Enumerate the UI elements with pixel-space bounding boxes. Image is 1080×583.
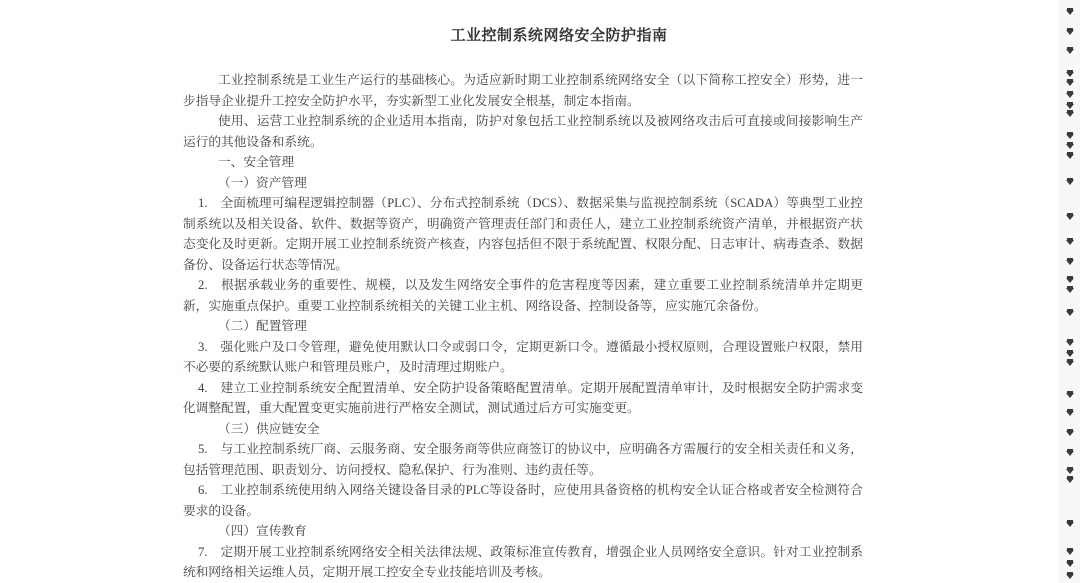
collapse-arrow-icon[interactable]	[1066, 359, 1074, 367]
collapse-arrow-icon[interactable]	[1066, 572, 1074, 580]
collapse-arrow-icon[interactable]	[1066, 276, 1074, 284]
section-heading: （一）资产管理	[183, 173, 863, 194]
section-heading: （四）宣传教育	[183, 521, 863, 542]
document-paragraph: 工业控制系统是工业生产运行的基础核心。为适应新时期工业控制系统网络安全（以下简称…	[183, 70, 863, 111]
collapse-arrow-icon[interactable]	[1066, 102, 1074, 110]
collapse-arrow-icon[interactable]	[1066, 178, 1074, 186]
collapse-arrow-icon[interactable]	[1066, 449, 1074, 457]
collapse-arrow-icon[interactable]	[1066, 8, 1074, 16]
collapse-arrow-icon[interactable]	[1066, 213, 1074, 221]
document-paragraph: 1. 全面梳理可编程逻辑控制器（PLC）、分布式控制系统（DCS）、数据采集与监…	[183, 193, 863, 275]
collapse-arrow-icon[interactable]	[1066, 520, 1074, 528]
document-paragraph: 7. 定期开展工业控制系统网络安全相关法律法规、政策标准宣传教育，增强企业人员网…	[183, 542, 863, 583]
collapse-arrow-icon[interactable]	[1066, 429, 1074, 437]
section-heading: （二）配置管理	[183, 316, 863, 337]
document-paragraph: 3. 强化账户及口令管理，避免使用默认口令或弱口令，定期更新口令。遵循最小授权原…	[183, 337, 863, 378]
section-heading: （三）供应链安全	[183, 419, 863, 440]
collapse-arrow-icon[interactable]	[1066, 238, 1074, 246]
marker-rail	[1058, 0, 1080, 583]
collapse-arrow-icon[interactable]	[1066, 152, 1074, 160]
collapse-arrow-icon[interactable]	[1066, 350, 1074, 358]
collapse-arrow-icon[interactable]	[1066, 70, 1074, 78]
document-paragraph: 使用、运营工业控制系统的企业适用本指南，防护对象包括工业控制系统以及被网络攻击后…	[183, 111, 863, 152]
collapse-arrow-icon[interactable]	[1066, 467, 1074, 475]
collapse-arrow-icon[interactable]	[1066, 258, 1074, 266]
document-paragraph: 4. 建立工业控制系统安全配置清单、安全防护设备策略配置清单。定期开展配置清单审…	[183, 378, 863, 419]
collapse-arrow-icon[interactable]	[1066, 476, 1074, 484]
collapse-arrow-icon[interactable]	[1066, 28, 1074, 36]
collapse-arrow-icon[interactable]	[1066, 47, 1074, 55]
collapse-arrow-icon[interactable]	[1066, 560, 1074, 568]
document-paragraph: 5. 与工业控制系统厂商、云服务商、安全服务商等供应商签订的协议中，应明确各方需…	[183, 439, 863, 480]
collapse-arrow-icon[interactable]	[1066, 91, 1074, 99]
collapse-arrow-icon[interactable]	[1066, 548, 1074, 556]
collapse-arrow-icon[interactable]	[1066, 79, 1074, 87]
collapse-arrow-icon[interactable]	[1066, 132, 1074, 140]
collapse-arrow-icon[interactable]	[1066, 110, 1074, 118]
collapse-arrow-icon[interactable]	[1066, 309, 1074, 317]
collapse-arrow-icon[interactable]	[1066, 142, 1074, 150]
document-body: 工业控制系统是工业生产运行的基础核心。为适应新时期工业控制系统网络安全（以下简称…	[183, 70, 863, 583]
collapse-arrow-icon[interactable]	[1066, 286, 1074, 294]
collapse-arrow-icon[interactable]	[1066, 339, 1074, 347]
document-title: 工业控制系统网络安全防护指南	[219, 26, 899, 46]
document-page: 工业控制系统网络安全防护指南 工业控制系统是工业生产运行的基础核心。为适应新时期…	[0, 0, 1080, 583]
document-paragraph: 2. 根据承载业务的重要性、规模，以及发生网络安全事件的危害程度等因素，建立重要…	[183, 275, 863, 316]
collapse-arrow-icon[interactable]	[1066, 409, 1074, 417]
collapse-arrow-icon[interactable]	[1066, 391, 1074, 399]
section-heading: 一、安全管理	[183, 152, 863, 173]
document-paragraph: 6. 工业控制系统使用纳入网络关键设备目录的PLC等设备时，应使用具备资格的机构…	[183, 480, 863, 521]
